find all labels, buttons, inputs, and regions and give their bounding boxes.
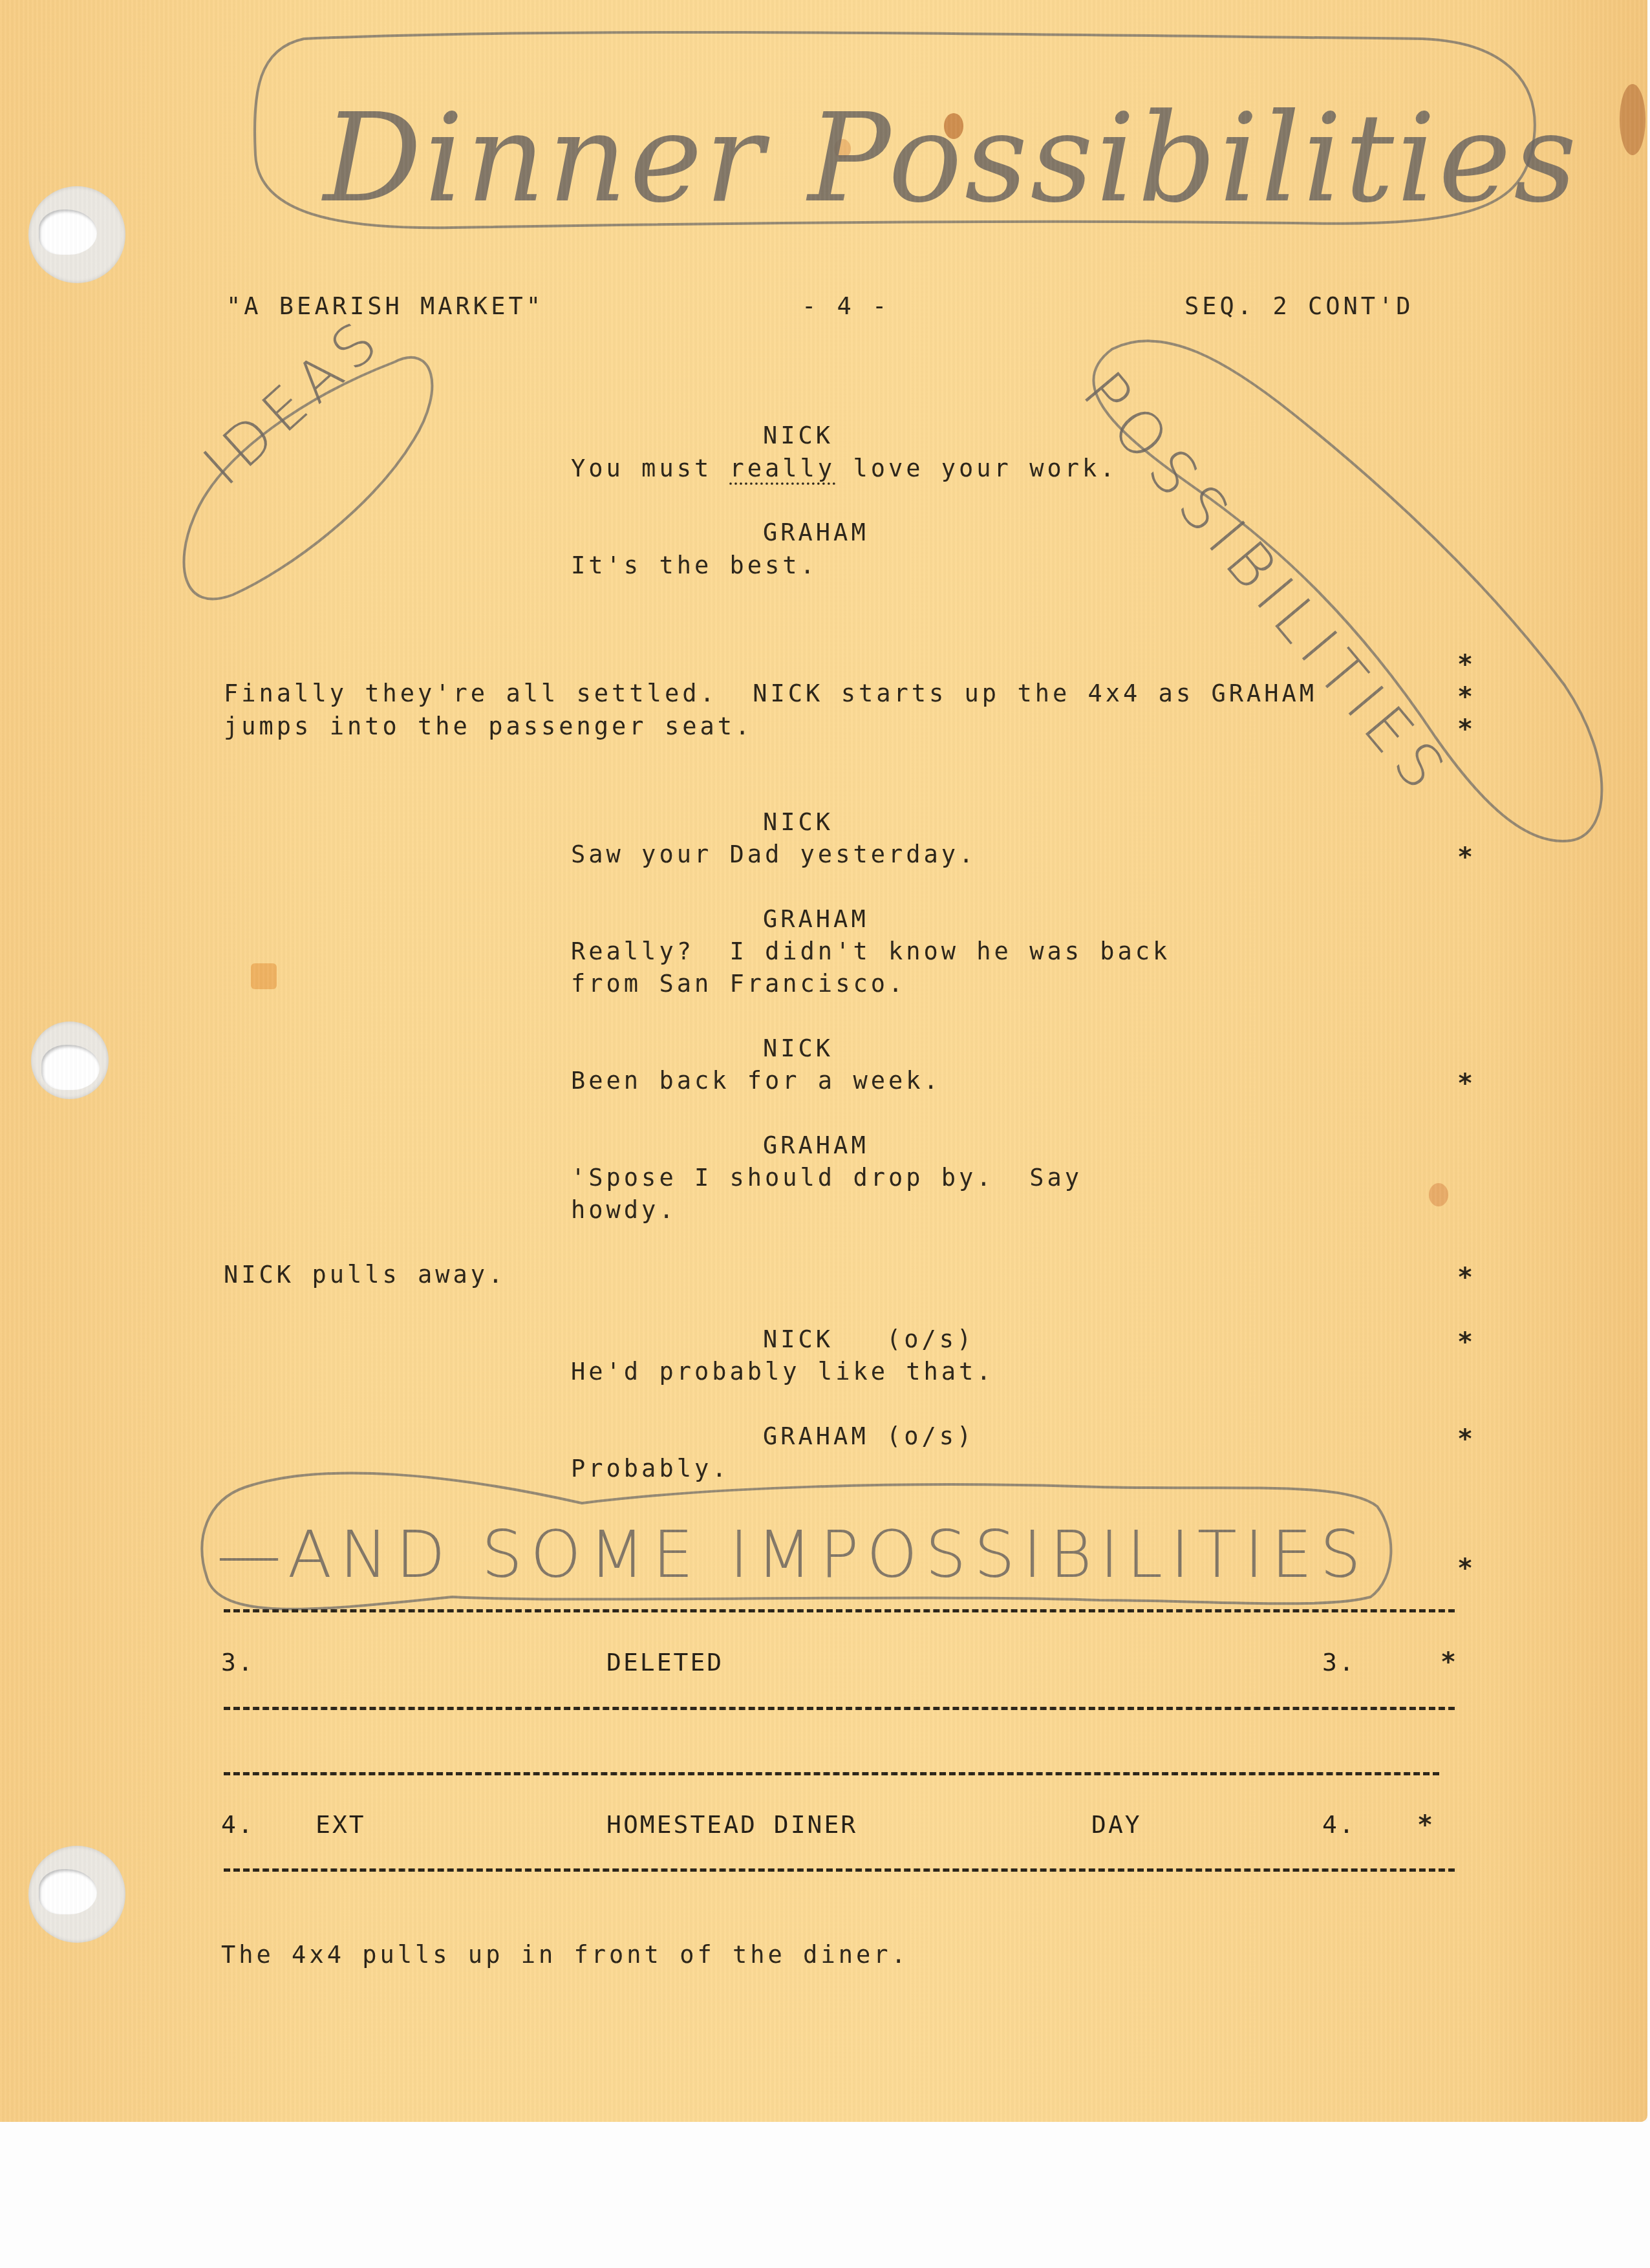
character-name: GRAHAM [763, 1133, 869, 1157]
punch-hole-bottom [28, 1846, 125, 1943]
punch-hole-top [28, 186, 125, 283]
revision-mark: * [1457, 682, 1473, 712]
dialogue-text: love your work. [835, 455, 1117, 482]
annotation-possibilities: POSSIBILITIES [1073, 362, 1459, 806]
scene-time: DAY [1091, 1812, 1142, 1837]
dialogue-line: It's the best. [571, 553, 818, 577]
character-name: GRAHAM (o/s) [763, 1424, 974, 1448]
action-line: NICK pulls away. [224, 1263, 506, 1287]
scene-number-right: 3. [1322, 1650, 1356, 1674]
scene-divider [224, 1772, 1439, 1775]
character-name: NICK [763, 423, 833, 447]
scene-number-left: 3. [221, 1650, 255, 1674]
dialogue-line: 'Spose I should drop by. Say [571, 1166, 1082, 1190]
dialogue-line: You must really love your work. [571, 456, 1118, 480]
punch-hole-middle [31, 1022, 109, 1099]
action-line: Finally they're all settled. NICK starts… [224, 681, 1317, 705]
revision-mark: * [1457, 1424, 1473, 1454]
character-name: NICK (o/s) [763, 1327, 974, 1351]
revision-mark: * [1457, 1554, 1473, 1583]
rust-stain [1429, 1183, 1448, 1206]
revision-mark: * [1457, 842, 1473, 872]
action-line: The 4x4 pulls up in front of the diner. [221, 1943, 909, 1967]
character-name: NICK [763, 810, 833, 834]
scene-heading: DELETED [606, 1650, 723, 1674]
edge-stain [1620, 84, 1645, 155]
annotation-title: Dinner Possibilities [323, 97, 1580, 220]
revision-mark: * [1457, 650, 1473, 679]
dialogue-line: Probably. [571, 1457, 729, 1481]
scene-number-right: 4. [1322, 1812, 1356, 1837]
dialogue-text: You must [571, 455, 729, 482]
dialogue-line: Been back for a week. [571, 1069, 941, 1093]
annotation-impossibilities: —AND SOME IMPOSSIBILITIES [217, 1523, 1369, 1587]
scene-divider [224, 1868, 1455, 1872]
character-name: GRAHAM [763, 520, 869, 544]
revision-mark: * [1457, 1327, 1473, 1357]
revision-mark: * [1441, 1647, 1456, 1677]
scene-divider [224, 1609, 1455, 1612]
dialogue-line: howdy. [571, 1198, 677, 1222]
revision-mark: * [1457, 714, 1473, 744]
header-page-number: - 4 - [802, 294, 890, 318]
dialogue-line: Saw your Dad yesterday. [571, 842, 976, 866]
scene-number-left: 4. [221, 1812, 255, 1837]
script-page: Dinner Possibilities IDEAS POSSIBILITIES… [0, 0, 1647, 2122]
scene-int-ext: EXT [316, 1812, 366, 1837]
tape-stain [251, 963, 277, 989]
action-line: jumps into the passenger seat. [224, 714, 753, 738]
character-name: NICK [763, 1036, 833, 1060]
dialogue-emphasis: really [729, 455, 835, 482]
dialogue-line: from San Francisco. [571, 972, 906, 996]
revision-mark: * [1457, 1069, 1473, 1098]
dialogue-line: Really? I didn't know he was back [571, 939, 1170, 963]
scene-divider [224, 1707, 1455, 1710]
revision-mark: * [1457, 1263, 1473, 1292]
character-name: GRAHAM [763, 907, 869, 931]
dialogue-line: He'd probably like that. [571, 1360, 994, 1384]
scene-location: HOMESTEAD DINER [606, 1812, 857, 1837]
header-title: "A BEARISH MARKET" [226, 294, 544, 318]
annotation-ideas: IDEAS [194, 308, 393, 495]
header-sequence: SEQ. 2 CONT'D [1184, 294, 1414, 318]
revision-mark: * [1417, 1810, 1433, 1840]
